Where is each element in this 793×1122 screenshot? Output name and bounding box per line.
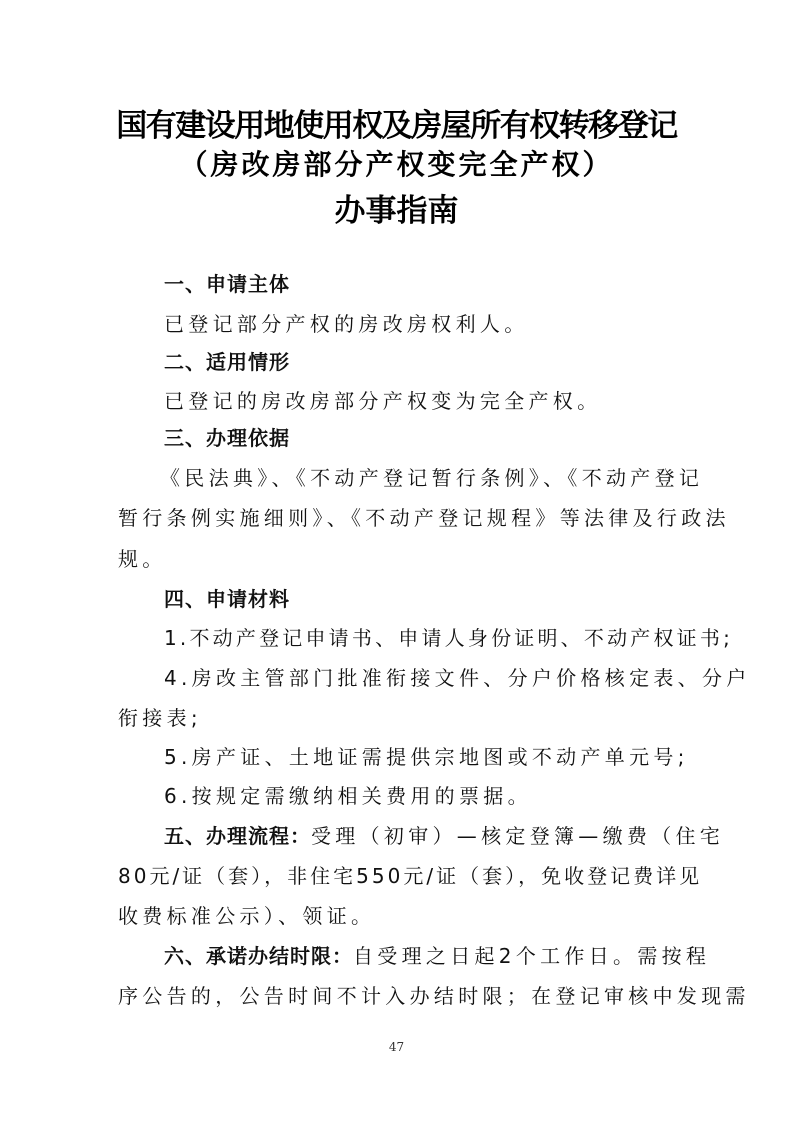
section-heading-basis: 三、办理依据 (164, 422, 290, 451)
section-process: 五、办理流程：受理（初审）—核定登簿—缴费（住宅 (164, 820, 724, 849)
section-heading-applicant: 一、申请主体 (164, 268, 290, 297)
materials-item: 4.房改主管部门批准衔接文件、分户价格核定表、分户 (164, 662, 751, 691)
section-body-applicant: 已登记部分产权的房改房权利人。 (164, 308, 529, 337)
page-number: 47 (0, 1040, 793, 1054)
materials-item: 5.房产证、土地证需提供宗地图或不动产单元号; (164, 741, 689, 770)
materials-item: 1.不动产登记申请书、申请人身份证明、不动产权证书; (164, 622, 733, 651)
section-heading-materials: 四、申请材料 (164, 583, 290, 612)
process-body-line: 受理（初审）—核定登簿—缴费（住宅 (311, 824, 724, 848)
section-heading-scope: 二、适用情形 (164, 346, 290, 375)
section-body-basis-line: 规。 (118, 543, 167, 572)
deadline-body-line: 自受理之日起2个工作日。需按程 (353, 944, 710, 968)
document-title-guide: 办事指南 (0, 185, 793, 230)
section-heading-deadline: 六、承诺办结时限： (164, 944, 353, 968)
document-subtitle: （房改房部分产权变完全产权） (0, 143, 793, 183)
document-page: 国有建设用地使用权及房屋所有权转移登记 （房改房部分产权变完全产权） 办事指南 … (0, 0, 793, 1122)
section-body-basis-line: 暂行条例实施细则》、《不动产登记规程》等法律及行政法 (118, 502, 730, 531)
materials-item: 6.按规定需缴纳相关费用的票据。 (164, 780, 532, 809)
section-body-scope: 已登记的房改房部分产权变为完全产权。 (164, 385, 601, 414)
process-body-line: 收费标准公示）、领证。 (118, 900, 375, 929)
process-body-line: 80元/证（套），非住宅550元/证（套），免收登记费详见 (118, 860, 702, 889)
section-heading-process: 五、办理流程： (164, 824, 311, 848)
section-deadline: 六、承诺办结时限：自受理之日起2个工作日。需按程 (164, 940, 710, 969)
deadline-body-line: 序公告的，公告时间不计入办结时限；在登记审核中发现需 (118, 980, 750, 1009)
document-title: 国有建设用地使用权及房屋所有权转移登记 (0, 100, 793, 145)
materials-item: 衔接表; (118, 702, 202, 731)
section-body-basis-line: 《民法典》、《不动产登记暂行条例》、《不动产登记 (160, 462, 703, 491)
